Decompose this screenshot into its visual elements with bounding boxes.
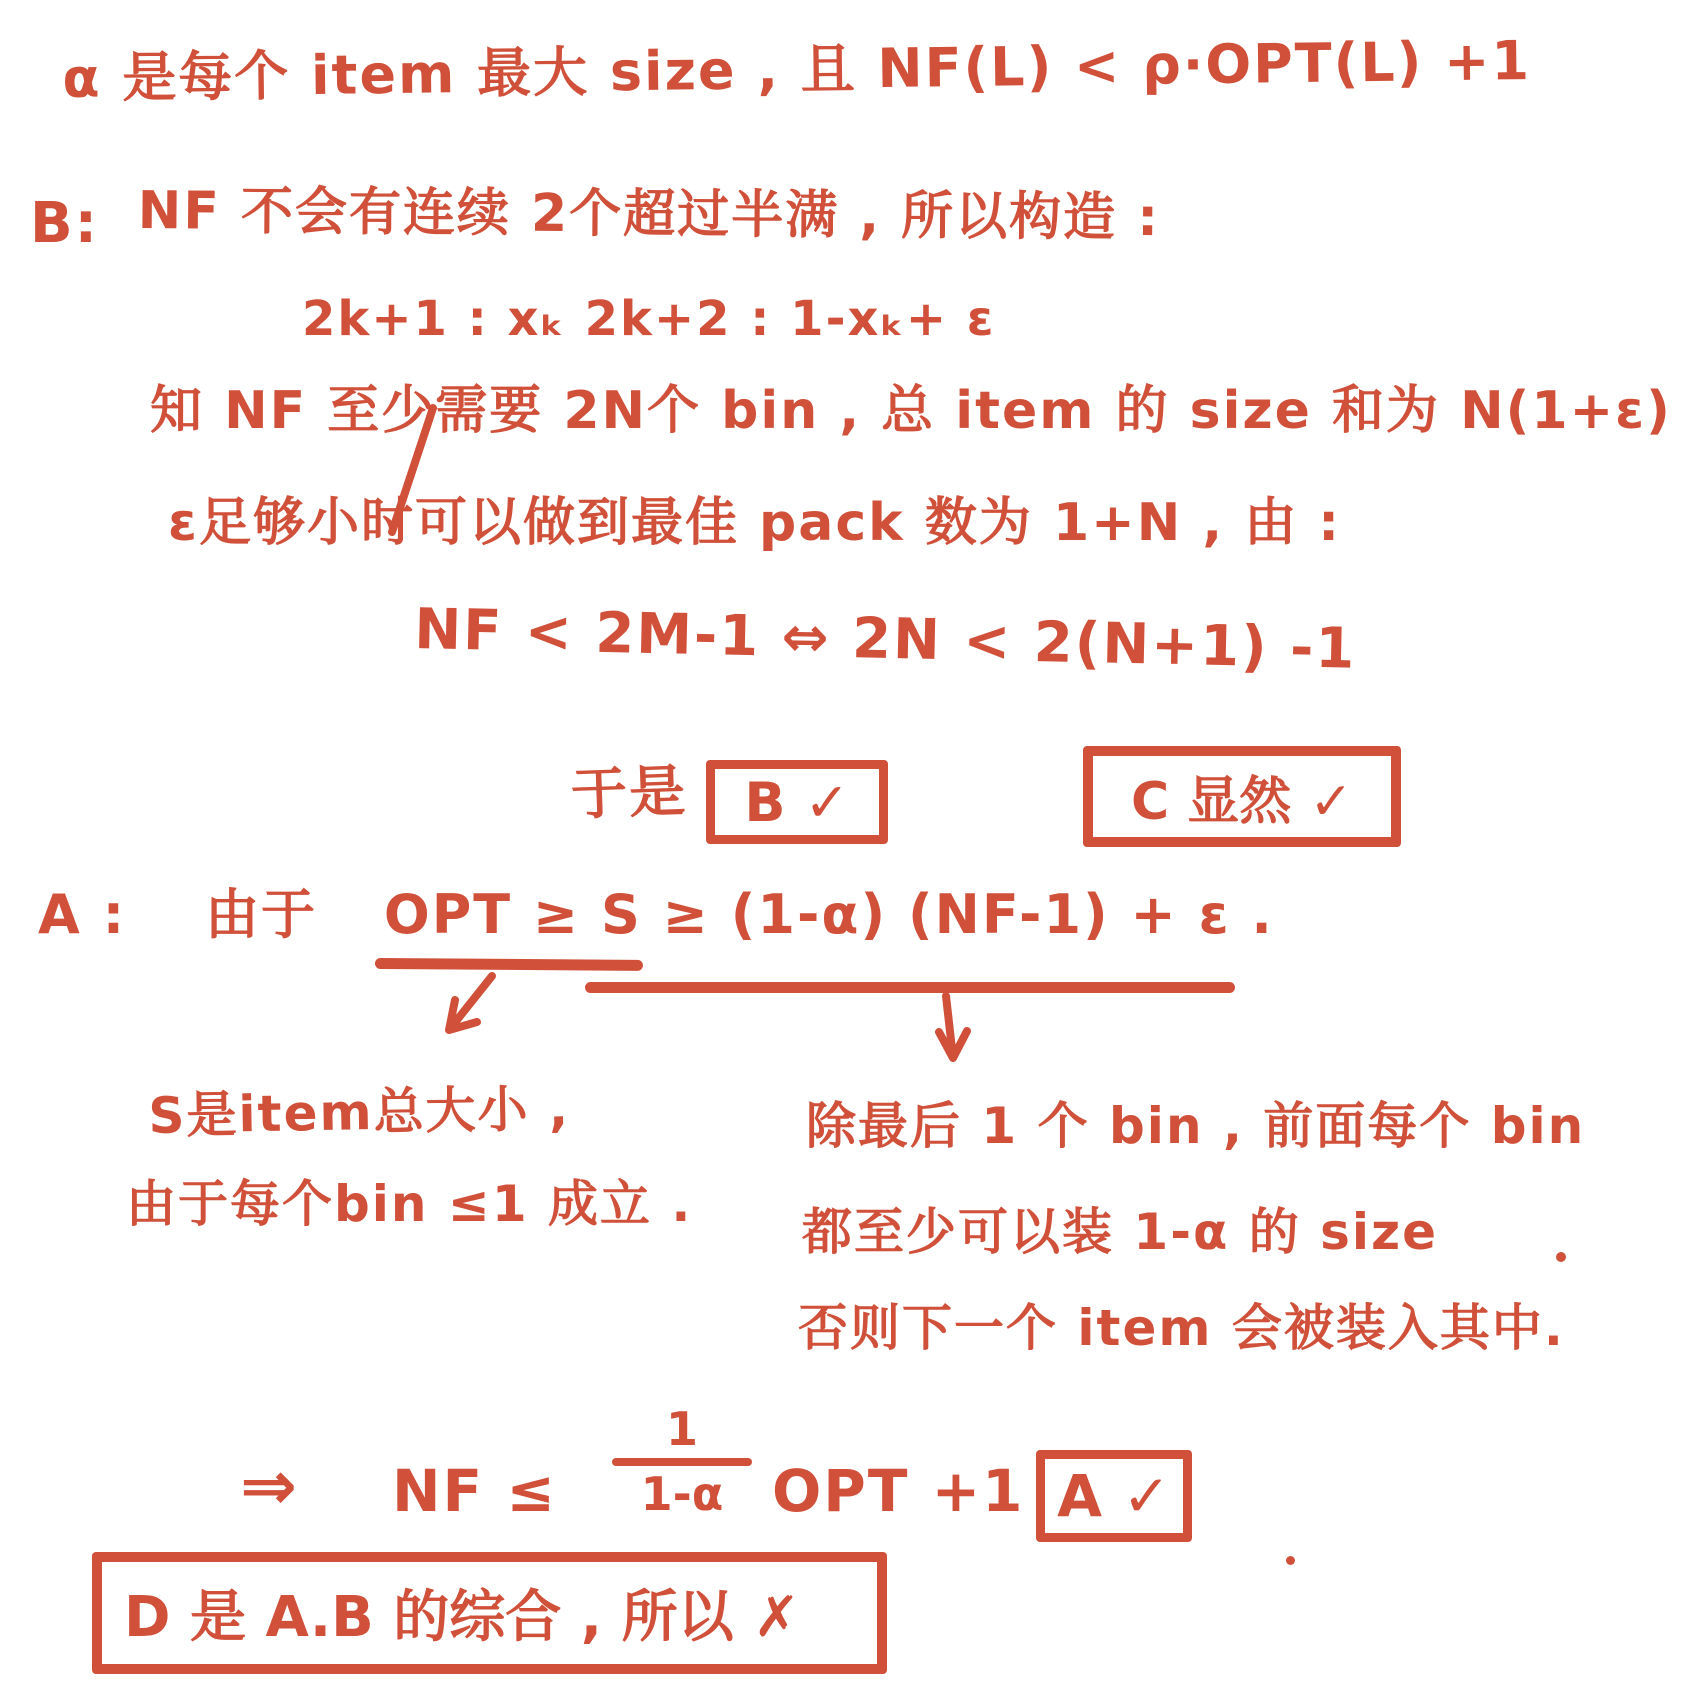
fraction-bar: [612, 1458, 752, 1466]
line-a-inequality-row: A : 由于 OPT ≥ S ≥ (1-α) (NF-1) + ε .: [38, 884, 1274, 946]
label-option-b: B:: [30, 192, 99, 256]
line-alpha-definition: α 是每个 item 最大 size , 且 NF(L) < ρ·OPT(L) …: [62, 30, 1531, 110]
verdict-box-a: A ✓: [1036, 1450, 1192, 1542]
line-b-intro: NF 不会有连续 2个超过半满 , 所以构造 :: [138, 182, 1161, 249]
line-b-construction: 2k+1 : xₖ 2k+2 : 1-xₖ+ ε: [302, 292, 996, 347]
fraction-numerator: 1: [666, 1402, 698, 1456]
note-bins-line-2: 都至少可以装 1-α 的 size: [802, 1204, 1438, 1262]
stray-ink-dot: [1556, 1252, 1566, 1262]
line-b-bins-claim: 知 NF 至少需要 2N个 bin , 总 item 的 size 和为 N(1…: [150, 382, 1672, 442]
fraction-denominator: 1-α: [641, 1467, 724, 1521]
verdict-box-b-text: B ✓: [744, 771, 849, 834]
note-s-line-1: S是item总大小 ,: [148, 1081, 570, 1146]
result-fraction: 1 1-α: [612, 1404, 752, 1519]
handwritten-notes-page: α 是每个 item 最大 size , 且 NF(L) < ρ·OPT(L) …: [0, 0, 1703, 1703]
label-option-a: A :: [38, 883, 126, 946]
arrow-to-bin-note: [939, 996, 967, 1058]
result-rhs: OPT +1: [772, 1458, 1025, 1525]
verdict-box-b: B ✓: [706, 760, 888, 844]
verdict-box-c-text: C 显然 ✓: [1131, 759, 1353, 834]
verdict-box-c: C 显然 ✓: [1083, 746, 1401, 847]
line-a-prefix: 由于: [205, 883, 317, 946]
verdict-box-a-text: A ✓: [1057, 1462, 1171, 1530]
note-bins-line-1: 除最后 1 个 bin , 前面每个 bin: [806, 1098, 1585, 1156]
verdict-box-d: D 是 A.B 的综合 , 所以 ✗: [92, 1552, 887, 1674]
verdict-box-d-text: D 是 A.B 的综合 , 所以 ✗: [124, 1573, 800, 1653]
line-a-inequality: OPT ≥ S ≥ (1-α) (NF-1) + ε .: [384, 883, 1274, 946]
underline-rhs: [585, 982, 1235, 993]
implies-arrow: ⇒: [240, 1448, 299, 1526]
conclusion-prefix: 于是: [570, 760, 688, 828]
line-b-epsilon-claim: ε足够小时可以做到最佳 pack 数为 1+N , 由 :: [168, 494, 1341, 554]
line-b-key-inequality: NF < 2M-1 ⇔ 2N < 2(N+1) -1: [414, 598, 1357, 682]
result-lhs: NF ≤: [392, 1458, 557, 1525]
underline-opt-s: [375, 958, 643, 971]
note-s-line-2: 由于每个bin ≤1 成立 .: [126, 1176, 692, 1234]
stray-ink-dot: [1286, 1556, 1295, 1565]
note-bins-line-3: 否则下一个 item 会被装入其中.: [798, 1300, 1565, 1358]
arrow-to-s-note: [449, 976, 492, 1030]
